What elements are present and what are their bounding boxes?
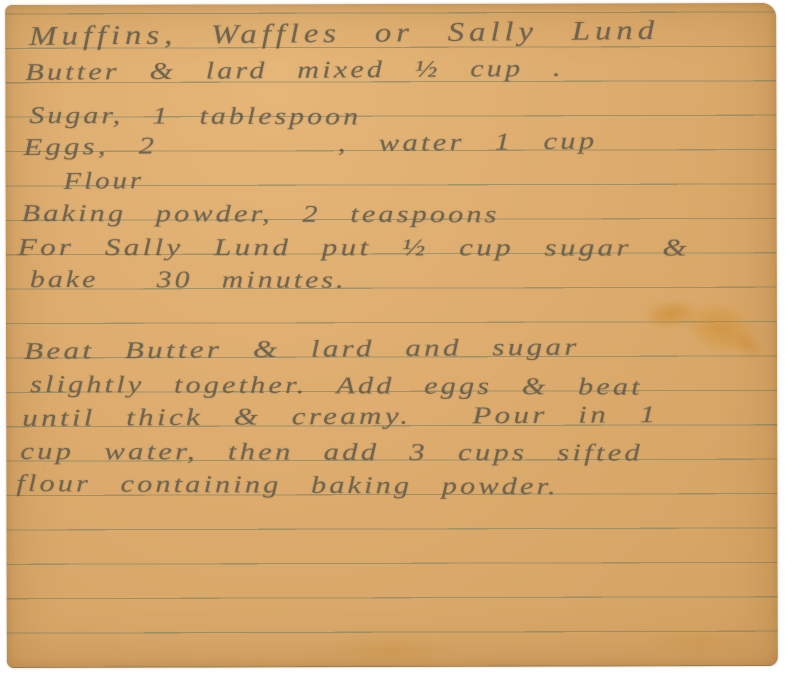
variation-note-line: For Sally Lund put ½ cup sugar & [18, 233, 690, 264]
ingredient-line: Sugar, 1 tablespoon [29, 101, 361, 132]
grease-stain [643, 627, 753, 657]
ingredient-line: Butter & lard mixed ½ cup . [25, 54, 564, 88]
instruction-line: flour containing baking powder. [16, 469, 559, 502]
instruction-line: until thick & creamy. Pour in 1 [22, 400, 658, 434]
recipe-card: Muffins, Waffles or Sally Lund Butter & … [5, 3, 778, 668]
ingredient-line: Flour [63, 166, 144, 197]
instruction-line: slightly together. Add eggs & beat [30, 370, 643, 403]
instruction-line: Beat Butter & lard and sugar [24, 333, 580, 367]
variation-note-line: bake 30 minutes. [30, 265, 347, 296]
ingredient-line: Baking powder, 2 teaspoons [22, 199, 500, 230]
grease-stain [327, 638, 457, 664]
instruction-line: cup water, then add 3 cups sifted [20, 437, 643, 469]
recipe-title: Muffins, Waffles or Sally Lund [29, 15, 659, 51]
scan-background: Muffins, Waffles or Sally Lund Butter & … [0, 0, 800, 680]
ingredient-line: Eggs, 2 , water 1 cup [23, 126, 597, 163]
